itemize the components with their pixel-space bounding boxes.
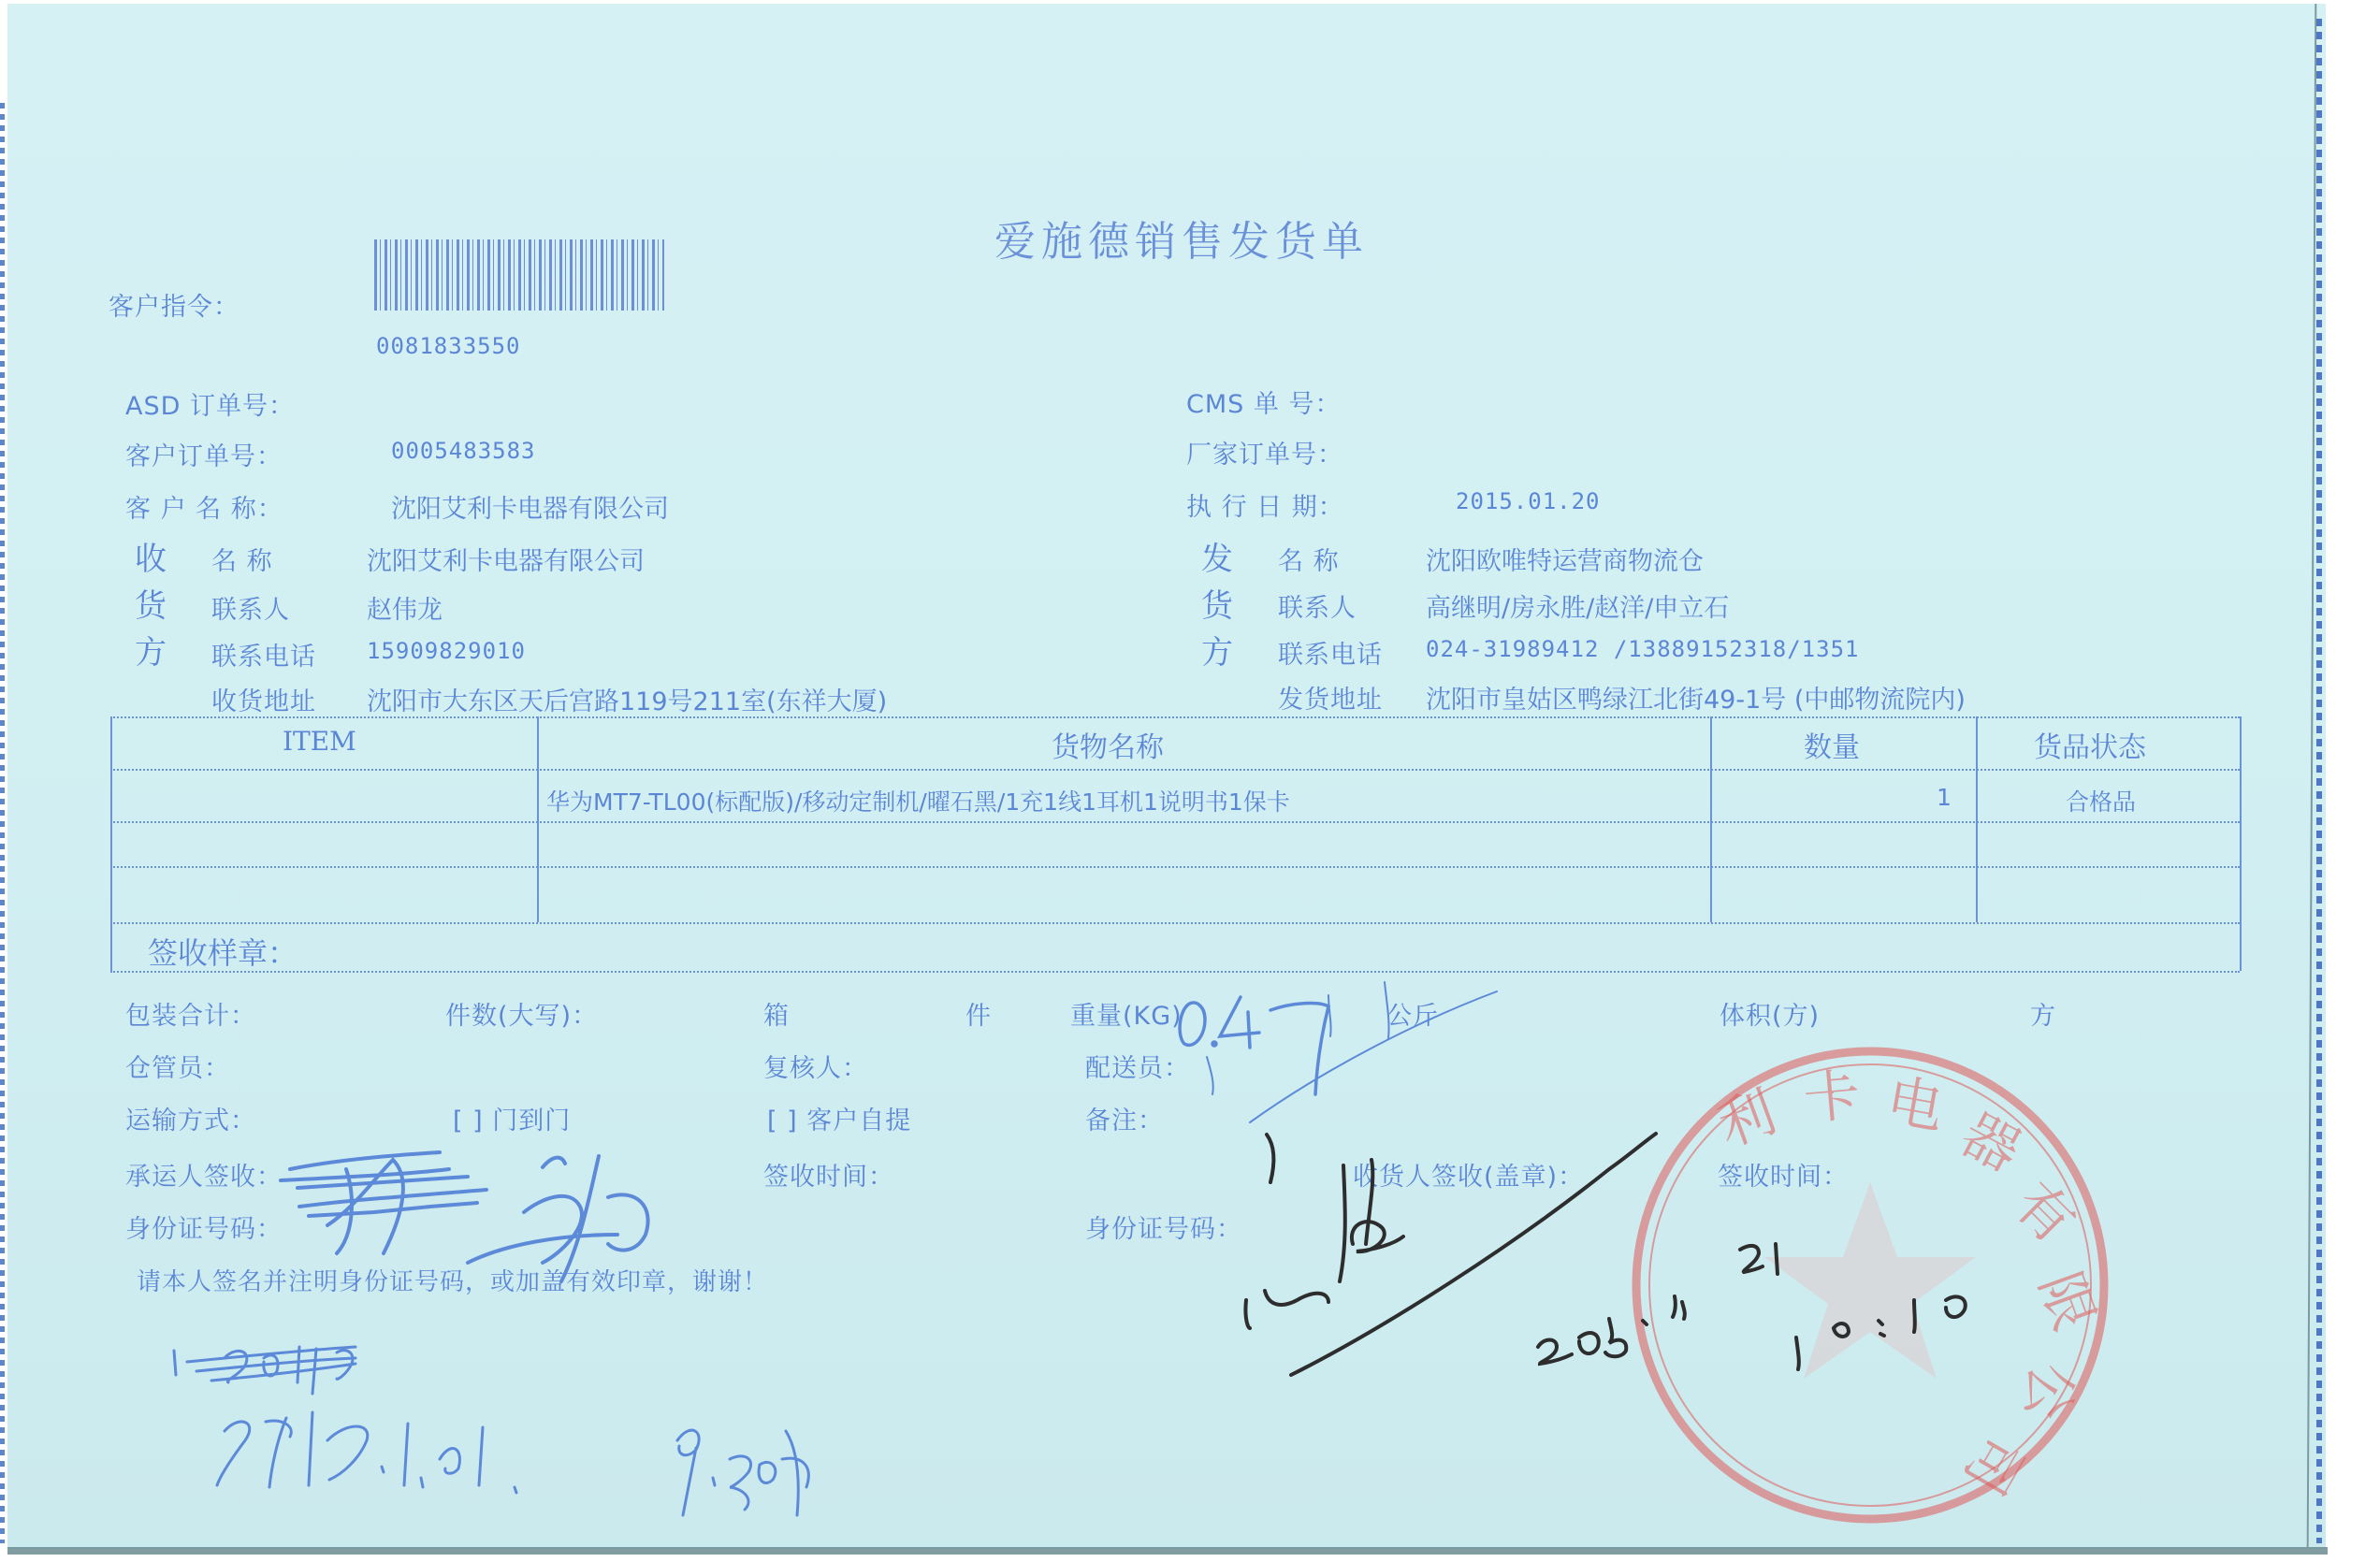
id-number-right-label: 身份证号码： bbox=[1085, 1208, 1242, 1245]
remarks-label: 备注： bbox=[1085, 1100, 1164, 1136]
volume-label: 体积(方) bbox=[1720, 995, 1820, 1032]
deliverer-label: 配送员： bbox=[1085, 1048, 1190, 1084]
execution-date-value: 2015.01.20 bbox=[1456, 488, 1601, 514]
column-header-goods-name: 货物名称 bbox=[1052, 724, 1164, 765]
sign-sample-label: 签收样章： bbox=[148, 930, 297, 973]
weight-label: 重量(KG) bbox=[1070, 995, 1183, 1032]
customer-name-label: 客 户 名 称： bbox=[125, 488, 283, 525]
transport-mode-label: 运输方式： bbox=[125, 1100, 256, 1136]
weight-unit: 公斤 bbox=[1386, 995, 1439, 1032]
receiver-contact-label: 联系人 bbox=[211, 589, 290, 626]
asd-order-label: ASD 订单号： bbox=[125, 385, 295, 422]
packing-total-label: 包装合计： bbox=[125, 995, 256, 1032]
shipper-contact-value: 高继明/房永胜/赵洋/申立石 bbox=[1426, 587, 1729, 624]
receiver-side-char-1: 收 bbox=[135, 533, 167, 579]
customer-order-label: 客户订单号： bbox=[125, 436, 283, 472]
execution-date-label: 执 行 日 期： bbox=[1186, 486, 1344, 523]
shipper-name-value: 沈阳欧唯特运营商物流仓 bbox=[1426, 541, 1704, 577]
customer-instruction-label: 客户指令： bbox=[109, 286, 239, 323]
cms-number-label: CMS 单 号： bbox=[1186, 383, 1341, 420]
customer-name-value: 沈阳艾利卡电器有限公司 bbox=[391, 488, 669, 525]
id-number-left-label: 身份证号码： bbox=[125, 1208, 283, 1245]
warehouse-keeper-label: 仓管员： bbox=[125, 1048, 230, 1084]
shipper-address-label: 发货地址 bbox=[1278, 679, 1383, 716]
receiver-phone-value: 15909829010 bbox=[367, 638, 526, 664]
shipper-phone-label: 联系电话 bbox=[1278, 634, 1383, 671]
sign-time-right-label: 签收时间： bbox=[1718, 1156, 1849, 1193]
shipper-name-label: 名 称 bbox=[1278, 541, 1340, 577]
piece-label: 件 bbox=[965, 995, 992, 1032]
receiver-side-char-2: 货 bbox=[135, 580, 167, 626]
receiver-name-value: 沈阳艾利卡电器有限公司 bbox=[367, 541, 645, 577]
items-table: ITEM 货物名称 数量 货品状态 华为MT7-TL00(标配版)/移动定制机/… bbox=[110, 716, 2240, 971]
column-header-status: 货品状态 bbox=[2034, 724, 2146, 765]
column-header-quantity: 数量 bbox=[1804, 724, 1860, 765]
shipper-side-char-3: 方 bbox=[1201, 627, 1233, 673]
shipper-contact-label: 联系人 bbox=[1278, 587, 1357, 624]
signature-notice: 请本人签名并注明身份证号码，或加盖有效印章，谢谢！ bbox=[137, 1263, 768, 1297]
receiver-address-value: 沈阳市大东区天后宫路119号211室(东祥大厦) bbox=[367, 681, 887, 717]
document-title: 爱施德销售发货单 bbox=[994, 208, 1369, 268]
table-row-goods-name: 华为MT7-TL00(标配版)/移动定制机/曜石黑/1充1线1耳机1说明书1保卡 bbox=[546, 784, 1290, 817]
door-to-door-checkbox[interactable]: [ ] 门到门 bbox=[453, 1100, 571, 1136]
barcode-icon bbox=[374, 239, 664, 311]
perforation-left bbox=[0, 103, 5, 1543]
perforation-right bbox=[2316, 19, 2322, 1543]
receiver-address-label: 收货地址 bbox=[211, 681, 316, 717]
barcode-number: 0081833550 bbox=[376, 333, 521, 359]
consignee-sign-label: 收货人签收(盖章)： bbox=[1353, 1156, 1584, 1193]
table-row-status: 合格品 bbox=[2066, 784, 2136, 817]
shipper-side-char-2: 货 bbox=[1201, 580, 1233, 626]
volume-unit: 方 bbox=[2030, 995, 2056, 1032]
receiver-name-label: 名 称 bbox=[211, 541, 273, 577]
box-label: 箱 bbox=[763, 995, 790, 1032]
shipper-address-value: 沈阳市皇姑区鸭绿江北街49-1号 (中邮物流院内) bbox=[1426, 679, 1966, 716]
shipper-side-char-1: 发 bbox=[1201, 533, 1233, 579]
column-header-item: ITEM bbox=[283, 726, 356, 757]
carrier-sign-label: 承运人签收： bbox=[125, 1156, 283, 1193]
pieces-caps-label: 件数(大写)： bbox=[445, 995, 598, 1032]
paper-edge-shadow bbox=[7, 1547, 2328, 1555]
factory-order-label: 厂家订单号： bbox=[1186, 434, 1343, 470]
receiver-phone-label: 联系电话 bbox=[211, 636, 316, 673]
reviewer-label: 复核人： bbox=[763, 1048, 868, 1084]
receiver-contact-value: 赵伟龙 bbox=[367, 589, 443, 626]
table-row-quantity: 1 bbox=[1937, 784, 1952, 811]
customer-order-value: 0005483583 bbox=[391, 438, 536, 464]
receiver-side-char-3: 方 bbox=[135, 627, 167, 673]
sign-time-left-label: 签收时间： bbox=[763, 1156, 894, 1193]
self-pickup-checkbox[interactable]: [ ] 客户自提 bbox=[767, 1100, 911, 1136]
shipper-phone-value: 024-31989412 /13889152318/1351 bbox=[1426, 636, 1859, 662]
